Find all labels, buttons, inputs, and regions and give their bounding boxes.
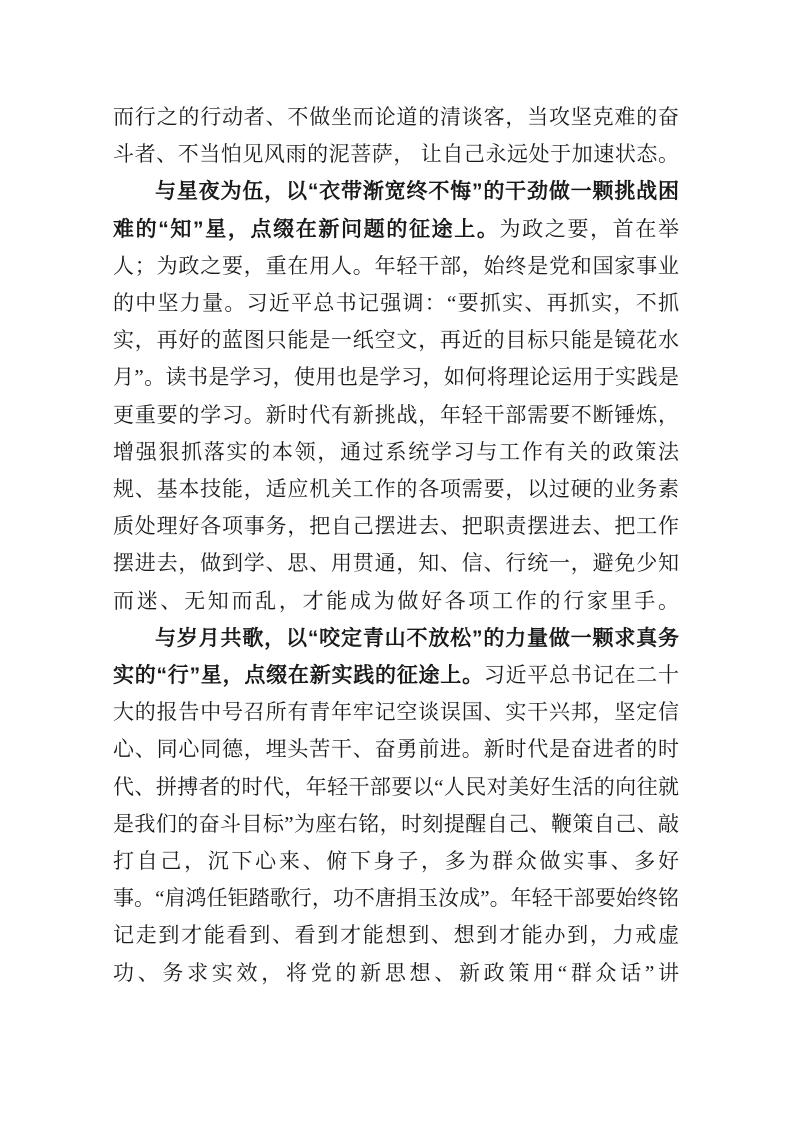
document-body: 而行之的行动者、不做坐而论道的清谈客，当攻坚克难的奋斗者、不当怕见风雨的泥菩萨，…: [113, 99, 679, 992]
document-page: 而行之的行动者、不做坐而论道的清谈客，当攻坚克难的奋斗者、不当怕见风雨的泥菩萨，…: [0, 0, 793, 1122]
body-text-run: 习近平总书记在二十大的报告中号召所有青年牢记空谈误国、实干兴邦，坚定信心、同心同…: [113, 663, 679, 985]
paragraph-xing-star: 与岁月共歌，以“咬定青山不放松”的力量做一颗求真务实的“行”星，点缀在新实践的征…: [113, 620, 679, 992]
paragraph-continuation: 而行之的行动者、不做坐而论道的清谈客，当攻坚克难的奋斗者、不当怕见风雨的泥菩萨，…: [113, 99, 679, 173]
body-text-run: 为政之要，首在举人；为政之要，重在用人。年轻干部，始终是党和国家事业的中坚力量。…: [113, 217, 679, 613]
paragraph-zhi-star: 与星夜为伍，以“衣带渐宽终不悔”的干劲做一颗挑战困难的“知”星，点缀在新问题的征…: [113, 173, 679, 619]
body-text-run: 而行之的行动者、不做坐而论道的清谈客，当攻坚克难的奋斗者、不当怕见风雨的泥菩萨，…: [113, 105, 679, 166]
